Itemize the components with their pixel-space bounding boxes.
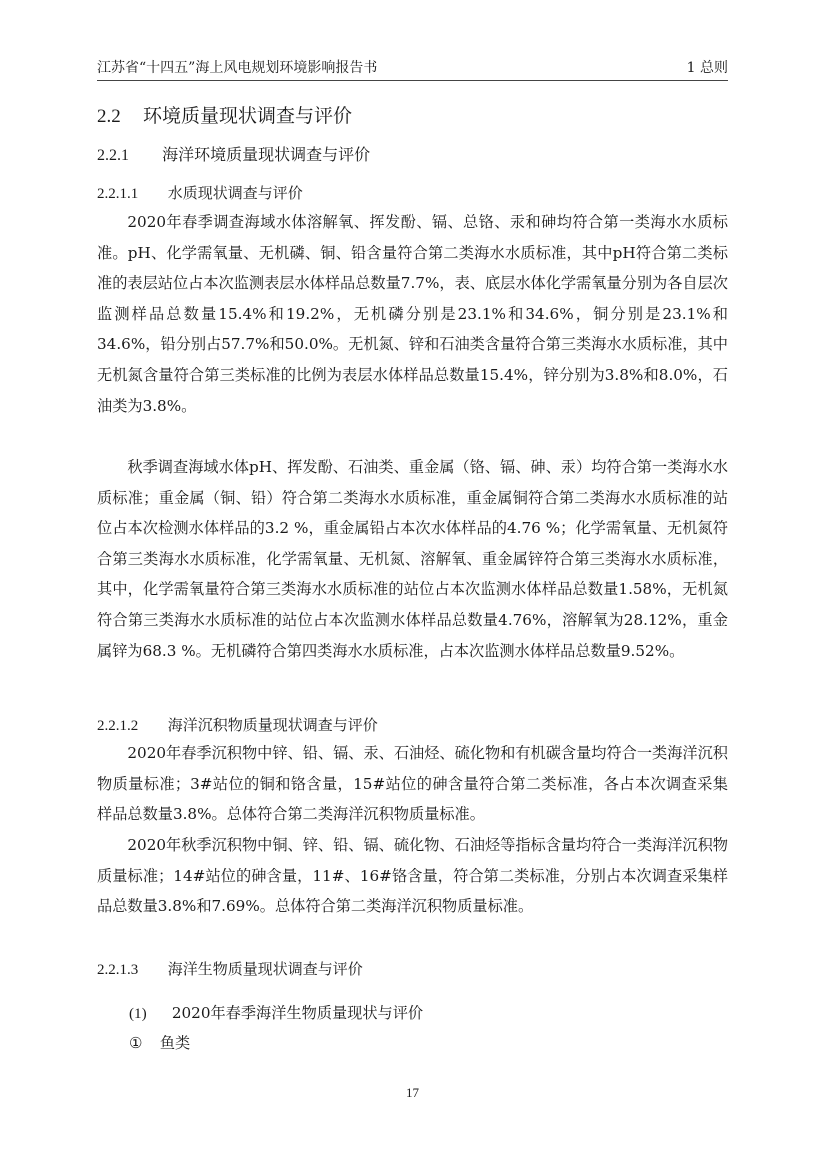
- section-heading-2-2-1-3: 2.2.1.3 海洋生物质量现状调查与评价: [97, 958, 363, 981]
- section-title: 环境质量现状调查与评价: [143, 105, 352, 127]
- chapter-label: 1 总则: [687, 58, 728, 78]
- section-heading-2-2-1-2: 2.2.1.2 海洋沉积物质量现状调查与评价: [97, 714, 378, 737]
- list-marker: (1): [129, 1003, 167, 1025]
- list-item-fish: ① 鱼类: [129, 1032, 190, 1055]
- paragraph-sediment-autumn: 2020年秋季沉积物中铜、锌、铅、镉、硫化物、石油烃等指标含量均符合一类海洋沉积…: [97, 830, 728, 922]
- list-marker: ①: [129, 1033, 155, 1055]
- section-number: 2.2: [97, 105, 137, 129]
- paragraph-sediment-spring: 2020年春季沉积物中锌、铅、镉、汞、石油烃、硫化物和有机碳含量均符合一类海洋沉…: [97, 738, 728, 830]
- section-heading-2-2-1: 2.2.1 海洋环境质量现状调查与评价: [97, 144, 370, 167]
- running-header: 江苏省“十四五”海上风电规划环境影响报告书 1 总则: [97, 58, 728, 81]
- section-heading-2-2-1-1: 2.2.1.1 水质现状调查与评价: [97, 182, 303, 205]
- page-number: 17: [97, 1085, 728, 1101]
- section-title: 海洋环境质量现状调查与评价: [162, 145, 370, 164]
- paragraph-water-spring: 2020年春季调查海域水体溶解氧、挥发酚、镉、总铬、汞和砷均符合第一类海水水质标…: [97, 207, 728, 421]
- section-heading-2-2: 2.2 环境质量现状调查与评价: [97, 104, 352, 129]
- list-text: 2020年春季海洋生物质量现状与评价: [172, 1004, 423, 1022]
- section-title: 水质现状调查与评价: [168, 184, 303, 202]
- list-item-spring-biology: (1) 2020年春季海洋生物质量现状与评价: [129, 1002, 423, 1025]
- document-title: 江苏省“十四五”海上风电规划环境影响报告书: [97, 58, 377, 78]
- section-title: 海洋生物质量现状调查与评价: [168, 960, 363, 978]
- section-title: 海洋沉积物质量现状调查与评价: [168, 716, 378, 734]
- list-text: 鱼类: [160, 1034, 190, 1052]
- section-number: 2.2.1.2: [97, 715, 163, 737]
- section-number: 2.2.1.1: [97, 183, 163, 205]
- paragraph-water-autumn: 秋季调查海域水体pH、挥发酚、石油类、重金属（铬、镉、砷、汞）均符合第一类海水水…: [97, 452, 728, 666]
- section-number: 2.2.1: [97, 145, 157, 167]
- section-number: 2.2.1.3: [97, 959, 163, 981]
